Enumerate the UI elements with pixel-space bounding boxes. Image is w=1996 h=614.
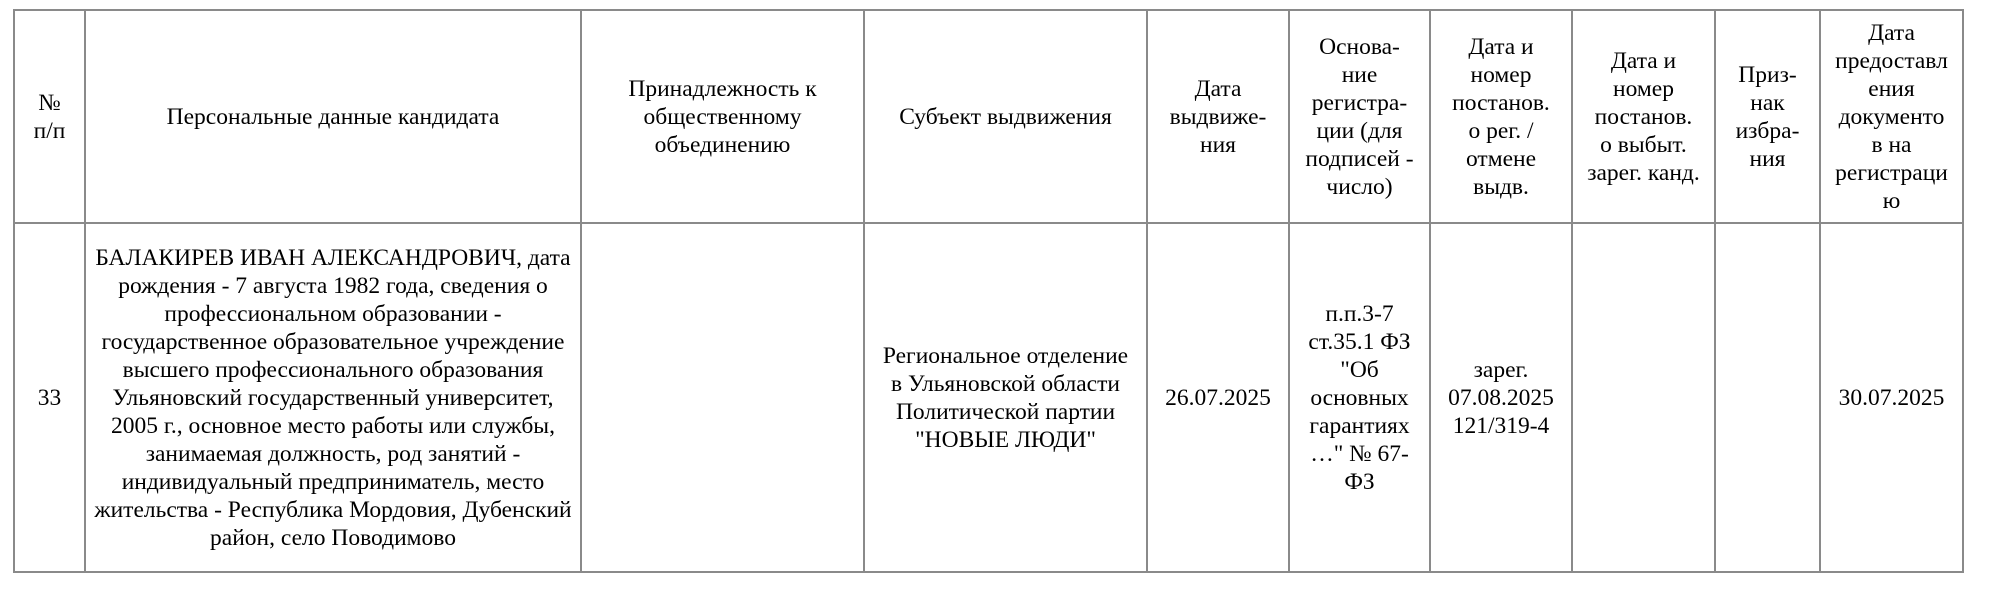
- table-row: 33 БАЛАКИРЕВ ИВАН АЛЕКСАНДРОВИЧ, дата ро…: [14, 223, 1963, 572]
- header-registration-decision: Дата иномерпостанов.о рег. /отменевыдв.: [1430, 10, 1572, 223]
- document-title-fragment: [0, 0, 1996, 8]
- header-registration-basis: Основа-ниерегистра-ции (дляподписей -чис…: [1289, 10, 1430, 223]
- registration-basis-text: п.п.3-7 ст.35.1 ФЗ "Об основных гарантия…: [1304, 300, 1416, 496]
- candidates-table: №п/п Персональные данные кандидата Прина…: [13, 9, 1964, 573]
- header-nomination-subject: Субъект выдвижения: [864, 10, 1147, 223]
- header-documents-date: Датапредоставлениядокументов нарегистрац…: [1820, 10, 1963, 223]
- cell-number: 33: [14, 223, 85, 572]
- registration-decision-text: зарег. 07.08.2025 121/319-4: [1442, 356, 1560, 440]
- cell-documents-date: 30.07.2025: [1820, 223, 1963, 572]
- header-nomination-date: Датавыдвиже-ния: [1147, 10, 1289, 223]
- cell-nomination-subject: Региональное отделение в Ульяновской обл…: [864, 223, 1147, 572]
- cell-withdrawal-decision: [1572, 223, 1715, 572]
- header-withdrawal-decision: Дата иномерпостанов.о выбыт.зарег. канд.: [1572, 10, 1715, 223]
- header-public-association: Принадлежность кобщественномуобъединению: [581, 10, 864, 223]
- cell-public-association: [581, 223, 864, 572]
- cell-nomination-date: 26.07.2025: [1147, 223, 1289, 572]
- header-personal-data: Персональные данные кандидата: [85, 10, 581, 223]
- cell-personal-data: БАЛАКИРЕВ ИВАН АЛЕКСАНДРОВИЧ, дата рожде…: [85, 223, 581, 572]
- nomination-subject-text: Региональное отделение в Ульяновской обл…: [881, 342, 1131, 454]
- header-election-flag: Приз-накизбра-ния: [1715, 10, 1820, 223]
- table-header-row: №п/п Персональные данные кандидата Прина…: [14, 10, 1963, 223]
- cell-registration-basis: п.п.3-7 ст.35.1 ФЗ "Об основных гарантия…: [1289, 223, 1430, 572]
- cell-registration-decision: зарег. 07.08.2025 121/319-4: [1430, 223, 1572, 572]
- cell-election-flag: [1715, 223, 1820, 572]
- header-number: №п/п: [14, 10, 85, 223]
